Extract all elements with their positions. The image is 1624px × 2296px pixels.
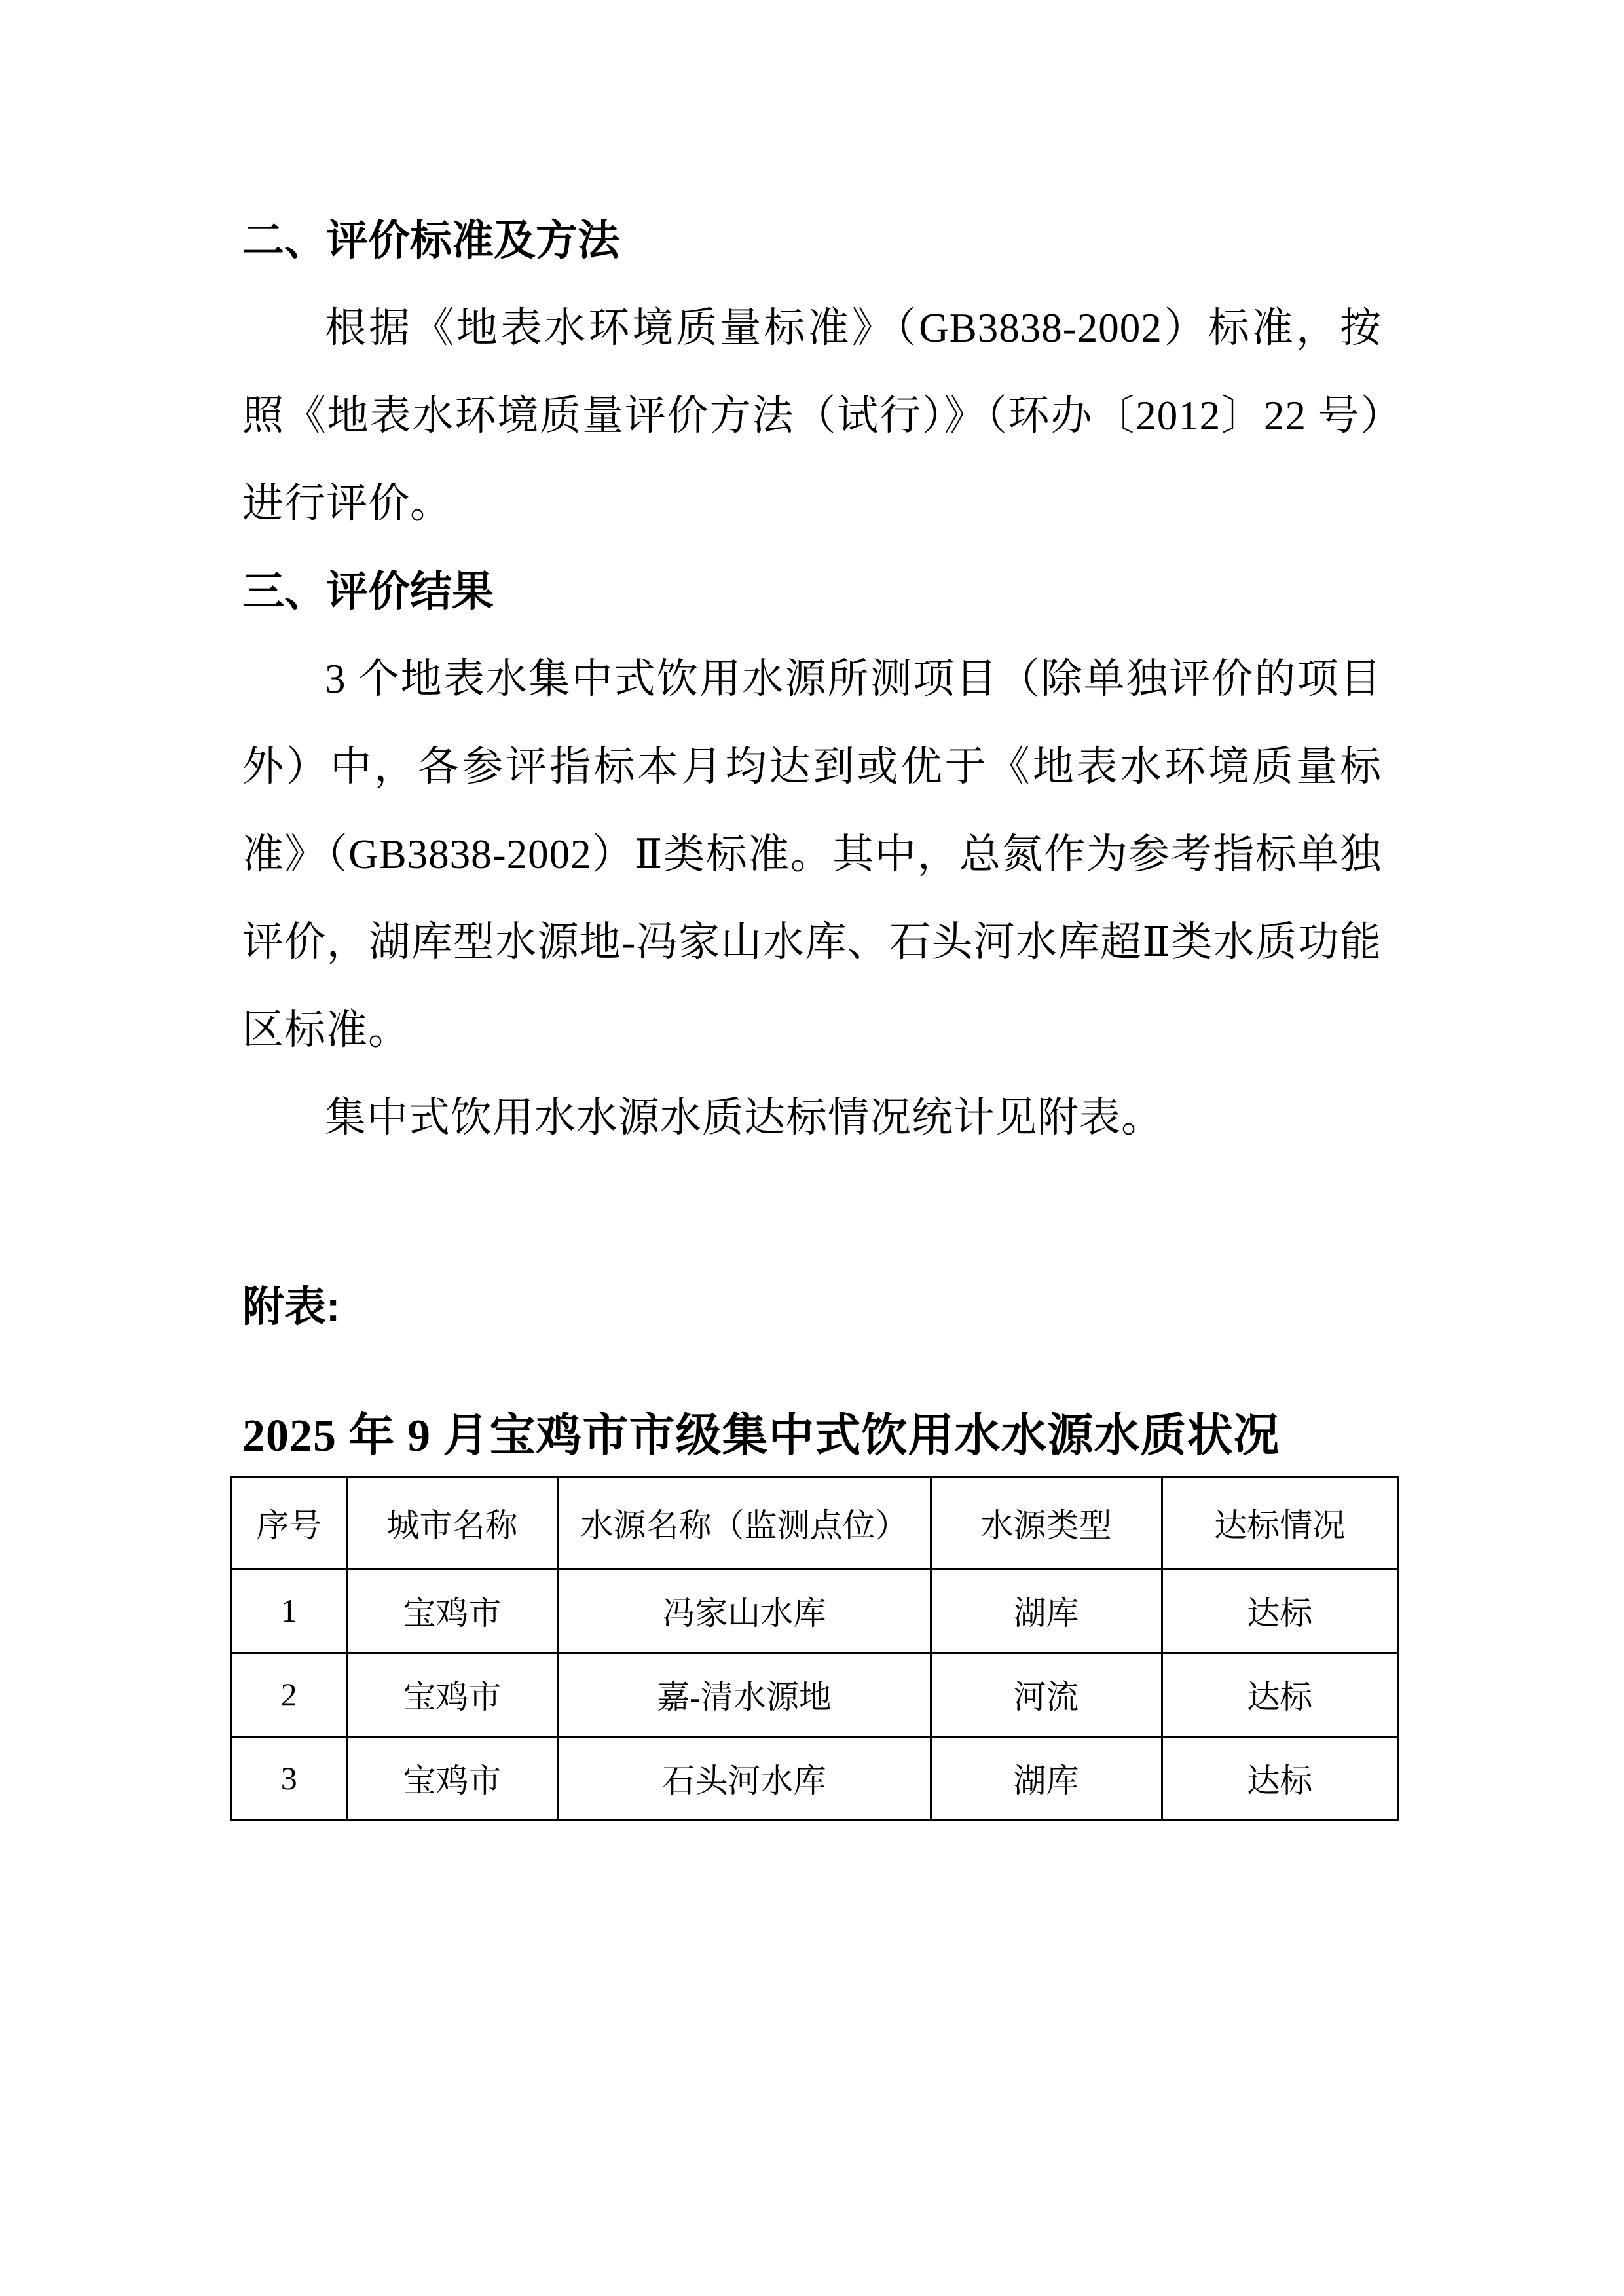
cell-index: 1 <box>231 1569 346 1652</box>
table-header-row: 序号 城市名称 水源名称（监测点位） 水源类型 达标情况 <box>231 1477 1398 1569</box>
water-quality-table: 序号 城市名称 水源名称（监测点位） 水源类型 达标情况 1 宝鸡市 冯家山水库… <box>230 1476 1399 1821</box>
section-3-paragraph-2: 集中式饮用水水源水质达标情况统计见附表。 <box>242 1074 1382 1161</box>
cell-index: 3 <box>231 1736 346 1820</box>
attachment-table-title: 2025 年 9 月宝鸡市市级集中式饮用水水源水质状况 <box>242 1400 1382 1473</box>
section-2-heading: 二、评价标准及方法 <box>242 196 1382 284</box>
col-header-source-name: 水源名称（监测点位） <box>558 1477 931 1569</box>
col-header-city: 城市名称 <box>346 1477 558 1569</box>
table-row: 2 宝鸡市 嘉-清水源地 河流 达标 <box>231 1652 1398 1736</box>
table-row: 3 宝鸡市 石头河水库 湖库 达标 <box>231 1736 1398 1820</box>
cell-source-name: 嘉-清水源地 <box>558 1652 931 1736</box>
section-3-paragraph-1: 3 个地表水集中式饮用水源所测项目（除单独评价的项目外）中，各参评指标本月均达到… <box>242 635 1382 1074</box>
cell-source-type: 湖库 <box>931 1736 1162 1820</box>
col-header-source-type: 水源类型 <box>931 1477 1162 1569</box>
document-content: 二、评价标准及方法 根据《地表水环境质量标准》（GB3838-2002）标准，按… <box>242 196 1382 1821</box>
cell-compliance: 达标 <box>1162 1736 1398 1820</box>
section-2-paragraph: 根据《地表水环境质量标准》（GB3838-2002）标准，按照《地表水环境质量评… <box>242 284 1382 547</box>
cell-source-name: 冯家山水库 <box>558 1569 931 1652</box>
cell-source-type: 湖库 <box>931 1569 1162 1652</box>
attachment-label: 附表: <box>242 1263 1382 1351</box>
cell-index: 2 <box>231 1652 346 1736</box>
col-header-compliance: 达标情况 <box>1162 1477 1398 1569</box>
table-row: 1 宝鸡市 冯家山水库 湖库 达标 <box>231 1569 1398 1652</box>
section-3-heading: 三、评价结果 <box>242 547 1382 635</box>
cell-compliance: 达标 <box>1162 1569 1398 1652</box>
cell-source-type: 河流 <box>931 1652 1162 1736</box>
document-page: 二、评价标准及方法 根据《地表水环境质量标准》（GB3838-2002）标准，按… <box>0 0 1624 2296</box>
col-header-index: 序号 <box>231 1477 346 1569</box>
cell-city: 宝鸡市 <box>346 1652 558 1736</box>
cell-city: 宝鸡市 <box>346 1736 558 1820</box>
cell-city: 宝鸡市 <box>346 1569 558 1652</box>
cell-compliance: 达标 <box>1162 1652 1398 1736</box>
cell-source-name: 石头河水库 <box>558 1736 931 1820</box>
